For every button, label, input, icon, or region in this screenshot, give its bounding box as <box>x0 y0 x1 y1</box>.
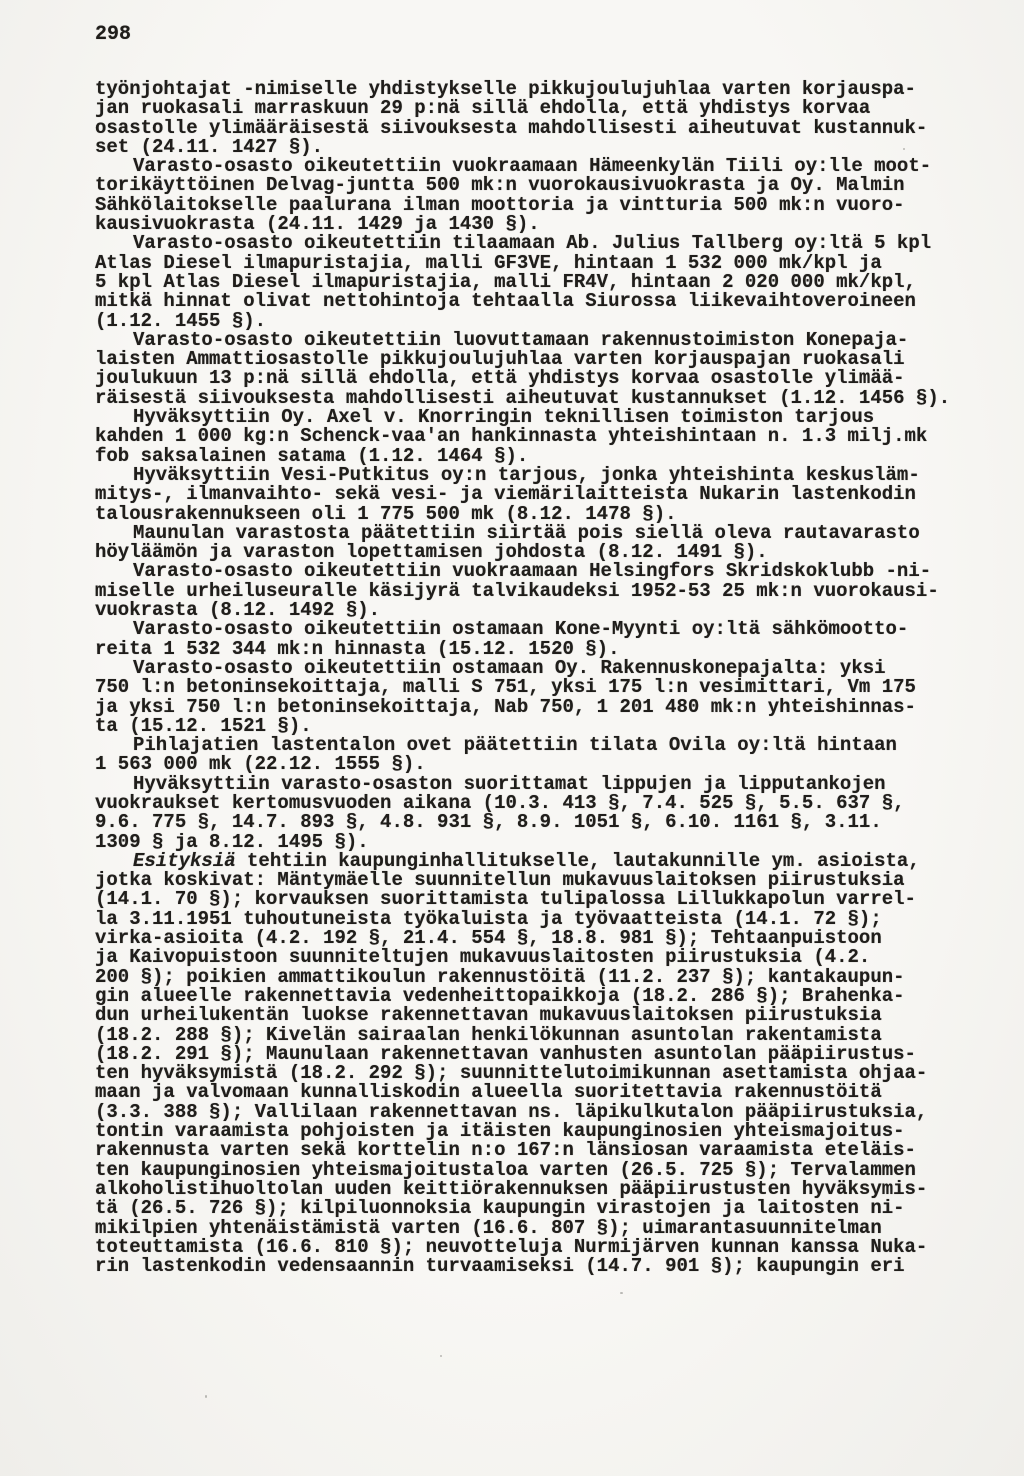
paragraph: Hyväksyttiin Oy. Axel v. Knorringin tekn… <box>95 408 975 466</box>
text-line: joulukuun 13 p:nä sillä ehdolla, että yh… <box>95 369 975 388</box>
text-line: Varasto-osasto oikeutettiin tilaamaan Ab… <box>95 234 975 253</box>
text-line: tä (26.5. 726 §); kilpiluonnoksia kaupun… <box>95 1199 975 1218</box>
text-block: työnjohtajat -nimiselle yhdistykselle pi… <box>95 80 975 1276</box>
text-line: Varasto-osasto oikeutettiin vuokraamaan … <box>95 562 975 581</box>
paragraph: Varasto-osasto oikeutettiin ostamaan Oy.… <box>95 659 975 736</box>
scan-speck <box>903 148 905 150</box>
text-line: torikäyttöinen Delvag-juntta 500 mk:n vu… <box>95 176 975 195</box>
paragraph: työnjohtajat -nimiselle yhdistykselle pi… <box>95 80 975 157</box>
document-page: 298 työnjohtajat -nimiselle yhdistyksell… <box>0 0 1024 1476</box>
paragraph: Maunulan varastosta päätettiin siirtää p… <box>95 524 975 563</box>
text-line: kahden 1 000 kg:n Schenck-vaa'an hankinn… <box>95 427 975 446</box>
scan-speck <box>205 1395 207 1398</box>
text-line: maan ja valvomaan kunnalliskodin alueell… <box>95 1083 975 1102</box>
text-line: 9.6. 775 §, 14.7. 893 §, 4.8. 931 §, 8.9… <box>95 813 975 832</box>
text-line: dun urheilukentän luokse rakennettavan m… <box>95 1006 975 1025</box>
text-line: mitys-, ilmanvaihto- sekä vesi- ja viemä… <box>95 485 975 504</box>
scan-speck <box>620 1292 623 1294</box>
text-line: jan ruokasali marraskuun 29 p:nä sillä e… <box>95 99 975 118</box>
paragraph: Varasto-osasto oikeutettiin vuokraamaan … <box>95 562 975 620</box>
text-line: talousrakennukseen oli 1 775 500 mk (8.1… <box>95 505 975 524</box>
text-line: (14.1. 70 §); korvauksen suorittamista t… <box>95 890 975 909</box>
text-line: (18.2. 288 §); Kivelän sairaalan henkilö… <box>95 1026 975 1045</box>
text-line: ja yksi 750 l:n betoninsekoittaja, Nab 7… <box>95 698 975 717</box>
text-line: rin lastenkodin vedensaannin turvaamisek… <box>95 1257 975 1276</box>
text-line: 1 563 000 mk (22.12. 1555 §). <box>95 755 975 774</box>
page-number: 298 <box>95 24 131 46</box>
paragraph: Varasto-osasto oikeutettiin tilaamaan Ab… <box>95 234 975 330</box>
text-line: Varasto-osasto oikeutettiin ostamaan Kon… <box>95 620 975 639</box>
text-line: mitkä hinnat olivat nettohintoja tehtaal… <box>95 292 975 311</box>
scan-speck <box>440 1355 442 1357</box>
paragraph: Varasto-osasto oikeutettiin luovuttamaan… <box>95 331 975 408</box>
text-line: reita 1 532 344 mk:n hinnasta (15.12. 15… <box>95 640 975 659</box>
paragraph: Esityksiä tehtiin kaupunginhallitukselle… <box>95 852 975 1277</box>
paragraph: Hyväksyttiin Vesi-Putkitus oy:n tarjous,… <box>95 466 975 524</box>
paragraph: Pihlajatien lastentalon ovet päätettiin … <box>95 736 975 775</box>
text-line: (1.12. 1455 §). <box>95 312 975 331</box>
text-line: 750 l:n betoninsekoittaja, malli S 751, … <box>95 678 975 697</box>
text-line: mikilpien yhtenäistämistä varten (16.6. … <box>95 1219 975 1238</box>
text-line: rakennusta varten sekä korttelin n:o 167… <box>95 1141 975 1160</box>
paragraph: Varasto-osasto oikeutettiin vuokraamaan … <box>95 157 975 234</box>
paragraph: Hyväksyttiin varasto-osaston suorittamat… <box>95 775 975 852</box>
paragraph: Varasto-osasto oikeutettiin ostamaan Kon… <box>95 620 975 659</box>
text-line: osastolle ylimääräisestä siivouksesta ma… <box>95 119 975 138</box>
text-line: ja Kaivopuistoon suunniteltujen mukavuus… <box>95 948 975 967</box>
